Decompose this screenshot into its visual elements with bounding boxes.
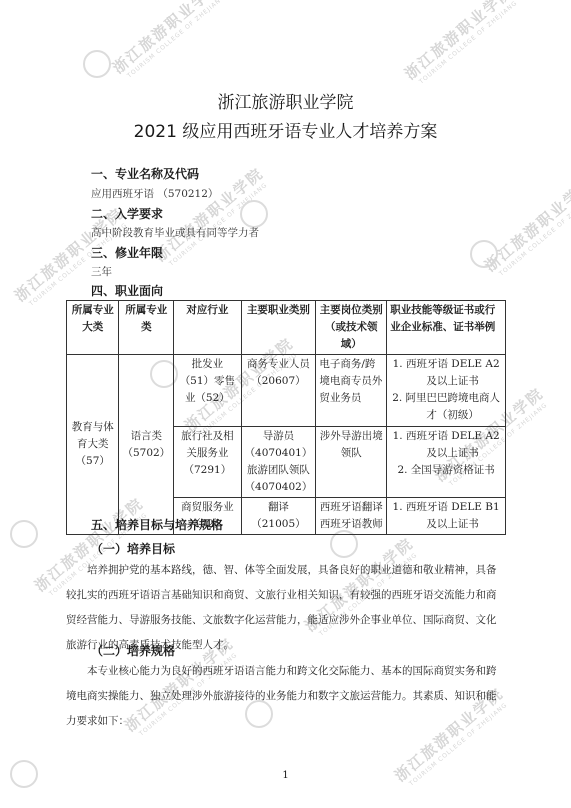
watermark-seal-icon (10, 520, 38, 548)
section-2-body: 高中阶段教育毕业或具有同等学力者 (91, 225, 259, 240)
section-5-1-heading: （一）培养目标 (91, 540, 175, 557)
section-2-heading: 二、入学要求 (91, 205, 163, 222)
section-1-heading: 一、专业名称及代码 (91, 165, 199, 182)
watermark-seal-icon (240, 200, 268, 228)
document-title: 2021 级应用西班牙语专业人才培养方案 (0, 117, 571, 142)
positions-cell: 西班牙语翻译西班牙语教师 (316, 498, 387, 535)
section-3-heading: 三、修业年限 (91, 244, 163, 261)
watermark: 浙江旅游职业学院TOURISM COLLEGE OF ZHEJIANG (480, 173, 571, 282)
table-header: 主要岗位类别（或技术领域） (316, 301, 387, 355)
watermark-seal-icon (83, 50, 111, 78)
watermark: 浙江旅游职业学院TOURISM COLLEGE OF ZHEJIANG (400, 0, 522, 89)
industry-cell: 批发业（51）零售业（52） (174, 355, 241, 427)
certs-cell: 1. 西班牙语 DELE A2 及以上证书 2. 全国导游资格证书 (387, 427, 506, 498)
table-header: 所属专业类 (119, 301, 174, 355)
section-1-body: 应用西班牙语 （570212） (91, 186, 218, 201)
table-header: 对应行业 (174, 301, 241, 355)
industry-cell: 旅行社及相关服务业（7291） (174, 427, 241, 498)
occupation-cell: 导游员（4070401）旅游团队领队（4070402） (241, 427, 316, 498)
cert-item: 2. 全国导游资格证书 (390, 462, 502, 479)
table-header: 职业技能等级证书或行业企业标准、证书举例 (387, 301, 506, 355)
major-category-cell: 教育与体育大类（57） (67, 355, 119, 535)
cert-item: 1. 西班牙语 DELE B1 及以上证书 (390, 499, 502, 533)
watermark-seal-icon (470, 240, 498, 268)
positions-cell: 电子商务/跨境电商专员外贸业务员 (316, 355, 387, 427)
institution-title: 浙江旅游职业学院 (0, 88, 571, 113)
section-5-heading: 五、培养目标与培养规格 (91, 516, 223, 533)
watermark: 浙江旅游职业学院TOURISM COLLEGE OF ZHEJIANG (108, 0, 230, 83)
occupation-table: 所属专业大类 所属专业类 对应行业 主要职业类别 主要岗位类别（或技术领域） 职… (66, 300, 506, 535)
page-number: 1 (0, 770, 571, 781)
table-header: 主要职业类别 (241, 301, 316, 355)
certs-cell: 1. 西班牙语 DELE B1 及以上证书 (387, 498, 506, 535)
positions-cell: 涉外导游出境领队 (316, 427, 387, 498)
occupation-cell: 翻译（21005） (241, 498, 316, 535)
cert-item: 1. 西班牙语 DELE A2 及以上证书 (390, 428, 502, 462)
certs-cell: 1. 西班牙语 DELE A2 及以上证书 2. 阿里巴巴跨境电商人才（初级） (387, 355, 506, 427)
occupation-cell: 商务专业人员（20607） (241, 355, 316, 427)
table-row: 教育与体育大类（57） 语言类（5702） 批发业（51）零售业（52） 商务专… (67, 355, 506, 427)
section-5-2-heading: （二）培养规格 (91, 642, 175, 659)
major-class-cell: 语言类（5702） (119, 355, 174, 535)
cert-item: 2. 阿里巴巴跨境电商人才（初级） (390, 390, 502, 424)
section-3-body: 三年 (91, 264, 112, 279)
cert-item: 1. 西班牙语 DELE A2 及以上证书 (390, 356, 502, 390)
table-header-row: 所属专业大类 所属专业类 对应行业 主要职业类别 主要岗位类别（或技术领域） 职… (67, 301, 506, 355)
section-4-heading: 四、职业面向 (91, 282, 163, 299)
section-5-2-body: 本专业核心能力为良好的西班牙语语言能力和跨文化交际能力、基本的国际商贸实务和跨境… (66, 659, 506, 734)
table-header: 所属专业大类 (67, 301, 119, 355)
